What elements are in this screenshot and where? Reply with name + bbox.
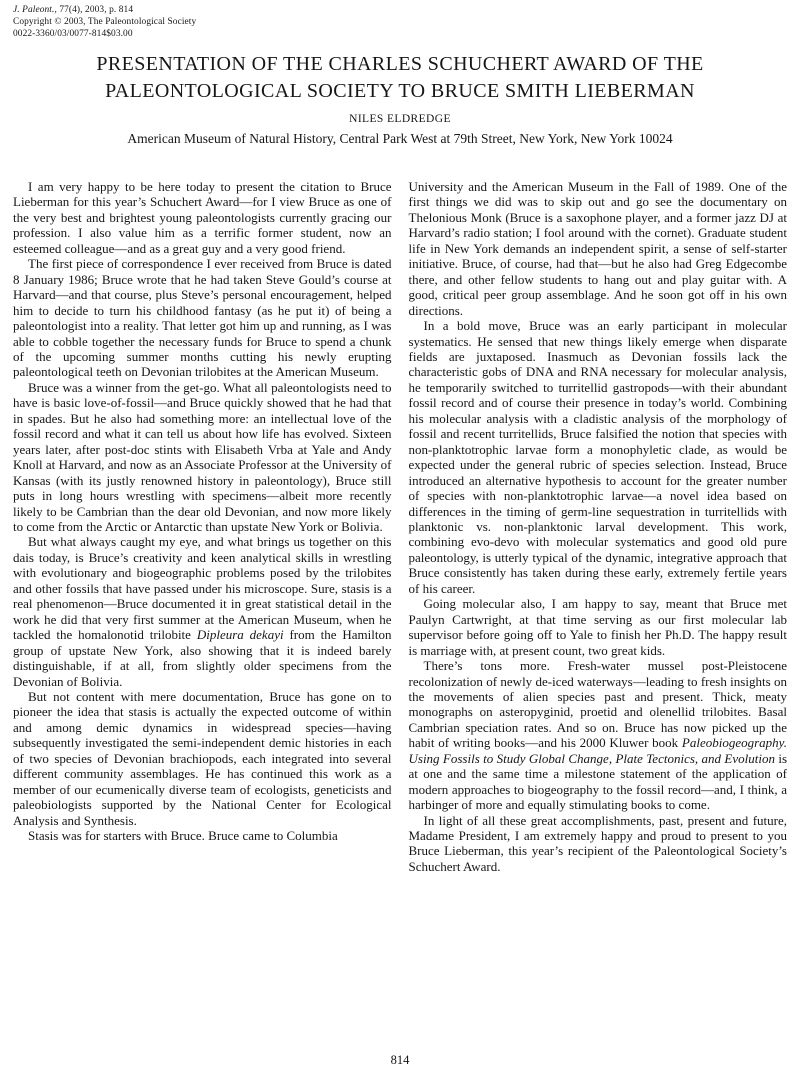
article-title: PRESENTATION OF THE CHARLES SCHUCHERT AW… <box>0 51 800 105</box>
paragraph: University and the American Museum in th… <box>409 179 788 318</box>
paragraph: Going molecular also, I am happy to say,… <box>409 596 788 658</box>
page-number: 814 <box>0 1053 800 1068</box>
article-body: I am very happy to be here today to pres… <box>13 179 787 874</box>
paragraph: But not content with mere documentation,… <box>13 689 392 828</box>
paragraph: The first piece of correspondence I ever… <box>13 256 392 380</box>
paragraph: But what always caught my eye, and what … <box>13 534 392 689</box>
journal-abbreviation: J. Paleont., <box>13 5 57 15</box>
paragraph: I am very happy to be here today to pres… <box>13 179 392 256</box>
paragraph-text: But what always caught my eye, and what … <box>13 534 392 642</box>
journal-citation-rest: 77(4), 2003, p. 814 <box>57 5 133 15</box>
text-column-right: University and the American Museum in th… <box>409 179 788 874</box>
article-title-line1: PRESENTATION OF THE CHARLES SCHUCHERT AW… <box>96 53 703 75</box>
journal-citation: J. Paleont., 77(4), 2003, p. 814 <box>13 4 196 16</box>
copyright-line: Copyright © 2003, The Paleontological So… <box>13 16 196 28</box>
article-title-line2: PALEONTOLOGICAL SOCIETY TO BRUCE SMITH L… <box>105 80 695 102</box>
paragraph: Stasis was for starters with Bruce. Bruc… <box>13 828 392 843</box>
paragraph: In a bold move, Bruce was an early parti… <box>409 318 788 596</box>
byline-author: NILES ELDREDGE <box>0 113 800 125</box>
issn-price-code: 0022-3360/03/0077-814$03.00 <box>13 28 196 40</box>
paragraph: Bruce was a winner from the get-go. What… <box>13 380 392 535</box>
paragraph: There’s tons more. Fresh-water mussel po… <box>409 658 788 813</box>
species-name-italic: Dipleura dekayi <box>197 627 284 642</box>
byline-affiliation: American Museum of Natural History, Cent… <box>0 131 800 147</box>
text-column-left: I am very happy to be here today to pres… <box>13 179 392 874</box>
paragraph: In light of all these great accomplishme… <box>409 813 788 875</box>
journal-masthead: J. Paleont., 77(4), 2003, p. 814 Copyrig… <box>13 4 196 40</box>
